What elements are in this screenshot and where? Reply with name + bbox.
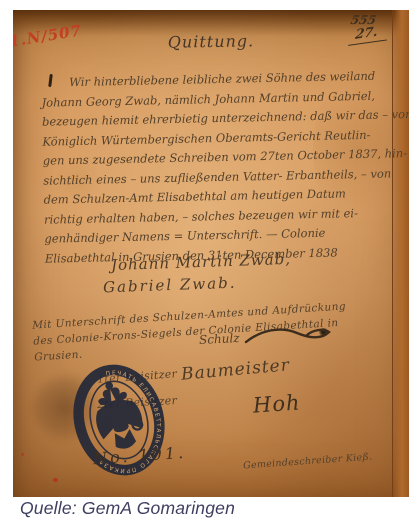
beisitzer1-signature: Baumeister: [180, 355, 290, 384]
beisitzer2-signature: Hoh: [252, 390, 301, 417]
red-wax-dot: [53, 478, 58, 482]
scribe-signature: Gemeindeschreiber Kieß.: [243, 451, 373, 471]
document-photo: 1.N/507 555 27. Quittung. Wir hinterblie…: [13, 10, 409, 497]
source-caption: Quelle: GemA Gomaringen: [20, 498, 235, 519]
schulz-signature-flourish: [243, 324, 335, 350]
signature-gabriel: Gabriel Zwab.: [103, 274, 237, 297]
schulz-label: Schulz: [199, 331, 240, 347]
document-body: Wir hinterbliebene leibliche zwei Söhne …: [41, 66, 397, 268]
red-wax-dot: [21, 453, 24, 456]
page: 1.N/507 555 27. Quittung. Wir hinterblie…: [0, 0, 409, 524]
